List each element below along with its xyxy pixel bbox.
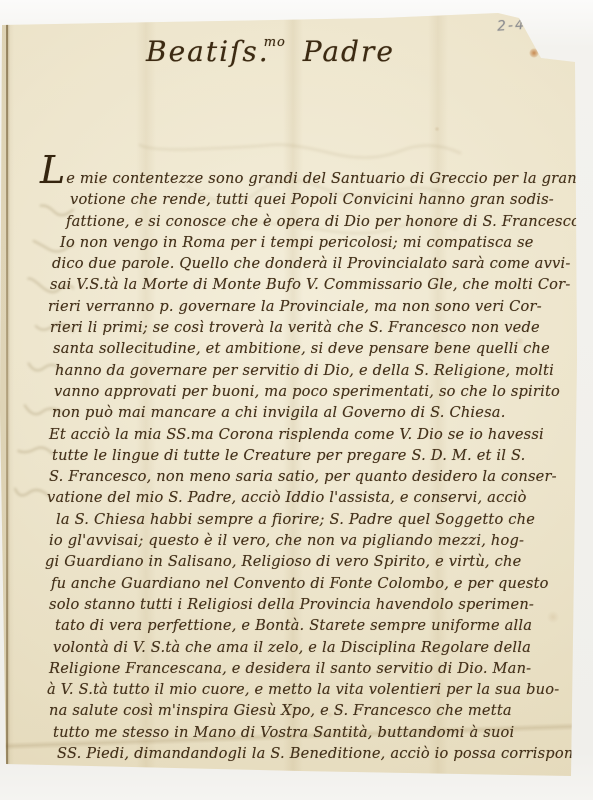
manuscript-line: fattione, e si conosce che è opera di Di… (40, 211, 572, 232)
manuscript-line: Et acciò la mia SS.ma Corona risplenda c… (40, 424, 572, 445)
manuscript-line: fu anche Guardiano nel Convento di Fonte… (40, 573, 572, 594)
manuscript-line: Io non vengo in Roma per i tempi pericol… (40, 232, 572, 253)
manuscript-line: hanno da governare per servitio di Dio, … (40, 360, 572, 381)
manuscript-line: sai V.S.tà la Morte di Monte Bufo V. Com… (40, 274, 572, 295)
manuscript-line: santa sollecitudine, et ambitione, si de… (40, 338, 572, 359)
salutation-superscript: mo (264, 35, 286, 50)
manuscript-line: dico due parole. Quello che donderà il P… (40, 253, 572, 274)
manuscript-line: tato di vera perfettione, e Bontà. Stare… (40, 615, 572, 636)
manuscript-line: non può mai mancare a chi invigila al Go… (40, 402, 572, 423)
manuscript-line: la S. Chiesa habbi sempre a fiorire; S. … (40, 509, 572, 530)
manuscript-line: rieri verranno p. governare la Provincia… (40, 296, 572, 317)
manuscript-line: volontà di V. S.tà che ama il zelo, e la… (40, 637, 572, 658)
scanner-background: 2-43-218 Beatiſs.mo Padre Le mie content… (0, 0, 593, 800)
manuscript-line: rieri li primi; se così troverà la verit… (40, 317, 572, 338)
manuscript-line: vatione del mio S. Padre, acciò Iddio l'… (40, 487, 572, 508)
salutation-heading: Beatiſs.mo Padre (146, 35, 395, 68)
manuscript-line: Le mie contentezze sono grandi del Santu… (40, 159, 572, 189)
manuscript-line: SS. Piedi, dimandandogli la S. Beneditio… (40, 743, 572, 764)
manuscript-line: S. Francesco, non meno saria satio, per … (40, 466, 572, 487)
manuscript-line: vanno approvati per buoni, ma poco speri… (40, 381, 572, 402)
manuscript-page: 2-43-218 Beatiſs.mo Padre Le mie content… (0, 9, 579, 777)
manuscript-line: tutto me stesso in Mano di Vostra Santit… (40, 722, 572, 743)
manuscript-line: io gl'avvisai; questo è il vero, che non… (40, 530, 572, 551)
manuscript-line: tutte le lingue di tutte le Creature per… (40, 445, 572, 466)
letter-body: Le mie contentezze sono grandi del Santu… (40, 159, 572, 764)
salutation-title: Padre (303, 35, 395, 68)
manuscript-line: na salute così m'inspira Giesù Xpo, e S.… (40, 700, 572, 721)
pencil-archive-number: 2-43-218 (497, 13, 577, 35)
manuscript-line: gi Guardiano in Salisano, Religioso di v… (40, 551, 572, 572)
manuscript-line: à V. S.tà tutto il mio cuore, e metto la… (40, 679, 572, 700)
manuscript-line: Religione Francescana, e desidera il san… (40, 658, 572, 679)
page-fold-edge (6, 23, 8, 771)
manuscript-line: votione che rende, tutti quei Popoli Con… (40, 189, 572, 210)
manuscript-line: solo stanno tutti i Religiosi della Prov… (40, 594, 572, 615)
salutation-abbrev: Beatiſs. (146, 35, 270, 68)
